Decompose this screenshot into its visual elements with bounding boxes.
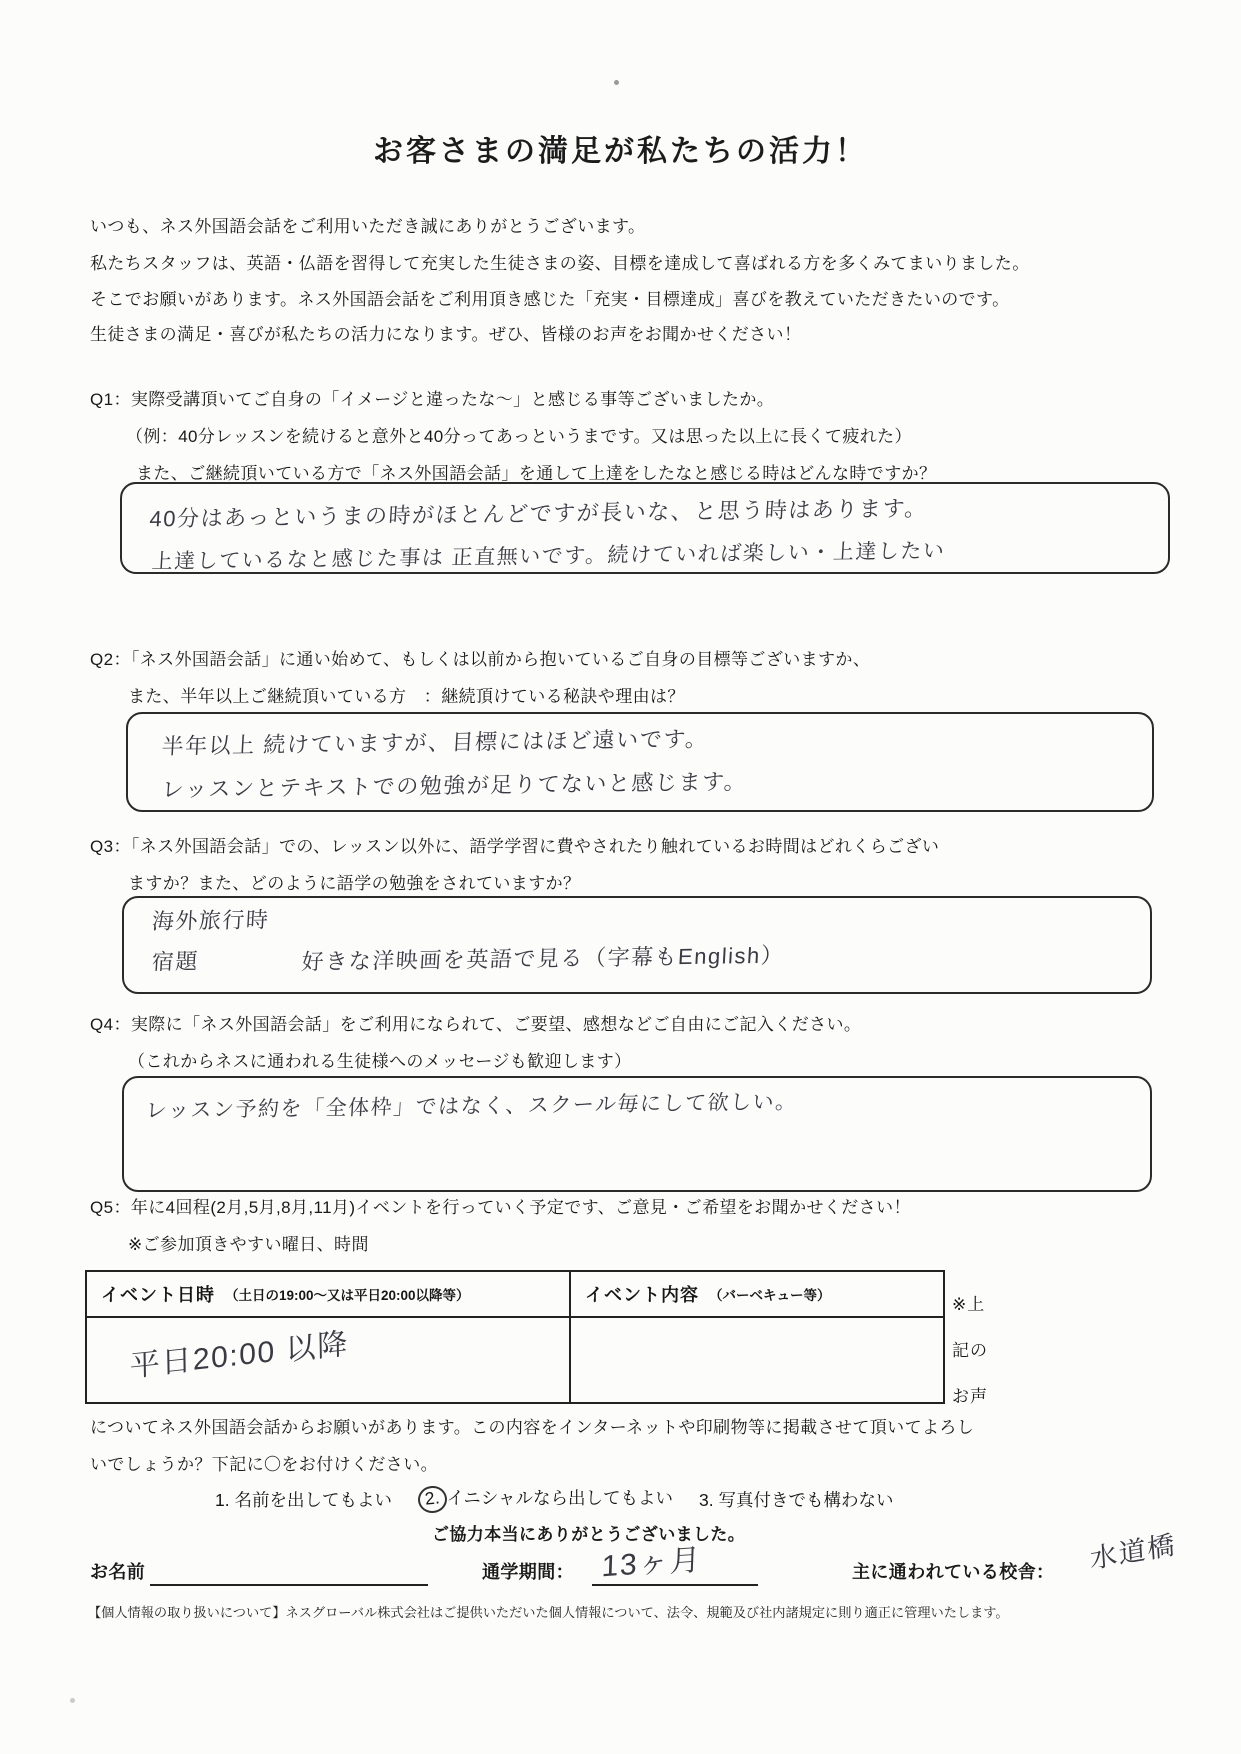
intro-line-4: 生徒さまの満足・喜びが私たちの活力になります。ぜひ、皆様のお声をお聞かせください… <box>90 320 801 345</box>
intro-line-1: いつも、ネス外国語会話をご利用いただき誠にありがとうございます。 <box>90 212 645 237</box>
q3-handwritten-answer-1: 海外旅行時 <box>151 903 270 936</box>
q2-question-line-1: Q2：「ネス外国語会話」に通い始めて、もしくは以前から抱いているご自身の目標等ご… <box>90 645 870 670</box>
permission-option-3: 3. 写真付きでも構わない <box>699 1487 893 1512</box>
permission-line-2: いでしょうか？下記に〇をお付けください。 <box>90 1450 438 1475</box>
side-note-line-2: 記の <box>952 1336 988 1361</box>
intro-line-3: そこでお願いがあります。ネス外国語会話をご利用頂き感じた「充実・目標達成」喜びを… <box>90 285 1009 310</box>
privacy-footnote: 【個人情報の取り扱いについて】ネスグローバル株式会社はご提供いただいた個人情報に… <box>88 1602 1009 1621</box>
permission-option-2-text: イニシャルなら出してもよい <box>447 1488 673 1508</box>
q1-question-line-3: また、ご継続頂いている方で「ネス外国語会話」を通して上達をしたなと感じる時はどん… <box>136 459 936 484</box>
event-table-header-content: イベント内容 （バーベキュー等） <box>571 1272 941 1316</box>
q1-question-line-2: （例：40分レッスンを続けると意外と40分ってあっというまです。又は思った以上に… <box>126 422 912 447</box>
school-handwritten-value: 水道橋 <box>1089 1523 1177 1576</box>
event-table-header-row: イベント日時 （土日の19:00～又は平日20:00以降等） イベント内容 （バ… <box>87 1272 943 1318</box>
q4-question-line-1: Q4：実際に「ネス外国語会話」をご利用になられて、ご要望、感想などご自由にご記入… <box>90 1010 861 1035</box>
event-table-header-datetime: イベント日時 （土日の19:00～又は平日20:00以降等） <box>87 1272 571 1316</box>
event-content-cell <box>571 1318 941 1402</box>
q3-question-line-2: ますか？また、どのように語学の勉強をされていますか？ <box>128 869 580 894</box>
q5-question-line-2: ※ご参加頂きやすい曜日、時間 <box>128 1230 369 1255</box>
permission-option-1: 1. 名前を出してもよい <box>215 1487 392 1512</box>
q3-question-line-1: Q3：「ネス外国語会話」での、レッスン以外に、語学学習に費やされたり触れているお… <box>90 832 939 857</box>
q2-question-line-2: また、半年以上ご継続頂いている方 ：継続頂けている秘訣や理由は？ <box>128 682 685 707</box>
scanned-survey-page: お客さまの満足が私たちの活力！ いつも、ネス外国語会話をご利用いただき誠にありが… <box>0 0 1241 1754</box>
q3-handwritten-answer-2-label: 宿題 <box>151 945 200 977</box>
permission-line-1: についてネス外国語会話からお願いがあります。この内容をインターネットや印刷物等に… <box>90 1413 974 1438</box>
name-field-line <box>150 1584 428 1586</box>
intro-line-2: 私たちスタッフは、英語・仏語を習得して充実した生徒さまの姿、目標を達成して喜ばれ… <box>90 249 1030 274</box>
event-content-header-sub: （バーベキュー等） <box>709 1284 831 1304</box>
permission-options-row: 1. 名前を出してもよい 2.イニシャルなら出してもよい 3. 写真付きでも構わ… <box>215 1485 894 1513</box>
permission-option-2: 2.イニシャルなら出してもよい <box>418 1485 673 1513</box>
event-content-header-label: イベント内容 <box>585 1281 699 1307</box>
q5-question-line-1: Q5：年に4回程(2月,5月,8月,11月)イベントを行っていく予定です、ご意見… <box>90 1193 911 1218</box>
scan-speck-bottom <box>70 1698 75 1703</box>
event-datetime-header-sub: （土日の19:00～又は平日20:00以降等） <box>225 1284 470 1304</box>
q1-question-line-1: Q1：実際受講頂いてご自身の「イメージと違ったな～」と感じる事等ございましたか。 <box>90 385 774 410</box>
period-handwritten-value: 13ヶ月 <box>601 1535 702 1586</box>
page-title: お客さまの満足が私たちの活力！ <box>0 126 1241 170</box>
q4-question-line-2: （これからネスに通われる生徒様へのメッセージも歓迎します） <box>128 1047 632 1072</box>
school-field-label: 主に通われている校舎： <box>852 1558 1054 1584</box>
circled-option-2-marker: 2. <box>417 1485 448 1515</box>
period-field-label: 通学期間： <box>482 1558 574 1584</box>
event-datetime-header-label: イベント日時 <box>101 1281 215 1307</box>
name-field-label: お名前 <box>90 1558 145 1584</box>
scan-speck-top <box>614 80 619 85</box>
side-note-line-1: ※上 <box>952 1290 985 1315</box>
side-note-line-3: お声 <box>952 1382 988 1407</box>
